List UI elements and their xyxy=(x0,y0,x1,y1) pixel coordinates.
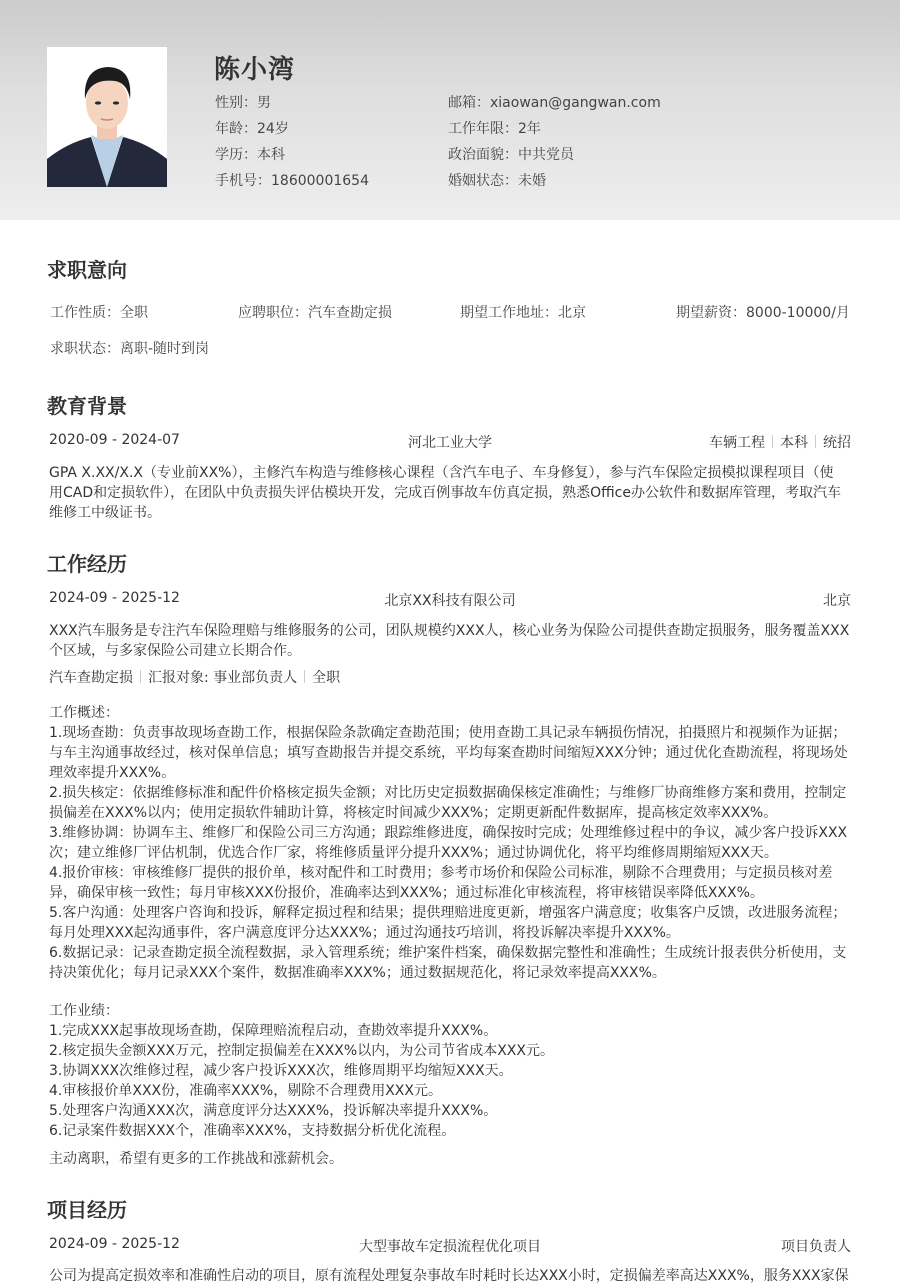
info-email: 邮箱：xiaowan@gangwan.com xyxy=(448,92,661,118)
intent-value: 离职-随时到岗 xyxy=(120,341,209,357)
intent-salary: 期望薪资：8000-10000/月 xyxy=(676,302,850,322)
education-description: GPA X.XX/X.X（专业前XX%），主修汽车构造与维修核心课程（含汽车电子… xyxy=(49,463,851,523)
intent-job-type: 工作性质：全职 xyxy=(50,302,148,322)
work-company: 北京XX科技有限公司 xyxy=(49,590,851,610)
info-label: 性别： xyxy=(215,95,257,111)
info-label: 学历： xyxy=(215,147,257,163)
text-line: 4.报价审核：审核维修厂提供的报价单，核对配件和工时费用；参考市场价和保险公司标… xyxy=(49,863,851,883)
info-value: 18600001654 xyxy=(271,173,369,189)
text-line: 5.客户沟通：处理客户咨询和投诉，解释定损过程和结果；提供理赔进度更新，增强客户… xyxy=(49,903,851,923)
text-line: 2.损失核定：依据维修标准和配件价格核定损失金额；对比历史定损数据确保核定准确性… xyxy=(49,783,851,803)
info-value: 男 xyxy=(257,95,271,111)
info-value: xiaowan@gangwan.com xyxy=(490,95,661,111)
text-line: 维修工中级证书。 xyxy=(49,503,851,523)
basic-info-left: 性别：男 年龄：24岁 学历：本科 手机号：18600001654 xyxy=(215,92,369,196)
work-location: 北京 xyxy=(823,590,851,610)
work-achievements: 工作业绩： 1.完成XXX起事故现场查勘，保障理赔流程启动，查勘效率提升XXX%… xyxy=(49,1001,851,1141)
info-value: 未婚 xyxy=(518,173,546,189)
intent-position: 应聘职位：汽车查勘定损 xyxy=(238,302,392,322)
text-line: 工作业绩： xyxy=(49,1001,851,1021)
text-line: 1.现场查勘：负责事故现场查勘工作，根据保险条款确定查勘范围；使用查勘工具记录车… xyxy=(49,723,851,743)
work-overview: 工作概述： 1.现场查勘：负责事故现场查勘工作，根据保险条款确定查勘范围；使用查… xyxy=(49,703,851,983)
text-line: XXX汽车服务是专注汽车保险理赔与维修服务的公司，团队规模约XXX人，核心业务为… xyxy=(49,621,851,641)
divider xyxy=(140,670,141,683)
text-line: 工作概述： xyxy=(49,703,851,723)
intent-label: 期望工作地址： xyxy=(460,305,558,321)
work-role-tag: 汽车查勘定损 xyxy=(49,670,133,686)
intent-value: 8000-10000/月 xyxy=(746,305,850,321)
intent-status: 求职状态：离职-随时到岗 xyxy=(50,338,209,358)
profile-photo xyxy=(47,47,167,187)
info-label: 手机号： xyxy=(215,173,271,189)
project-description: 公司为提高定损效率和准确性启动的项目，原有流程处理复杂事故车时耗时长达XXX小时… xyxy=(49,1266,851,1275)
text-line: 4.审核报价单XXX份，准确率XXX%，剔除不合理费用XXX元。 xyxy=(49,1081,851,1101)
info-label: 婚姻状态： xyxy=(448,173,518,189)
info-age: 年龄：24岁 xyxy=(215,118,369,144)
text-line: 用CAD和定损软件），在团队中负责损失评估模块开发，完成百例事故车仿真定损，熟悉… xyxy=(49,483,851,503)
text-line: 理效率提升XXX%。 xyxy=(49,763,851,783)
info-marital-status: 婚姻状态：未婚 xyxy=(448,170,661,196)
project-name: 大型事故车定损流程优化项目 xyxy=(49,1236,851,1256)
text-line: 异，确保审核一致性；每月审核XXX份报价，准确率达到XXX%；通过标准化审核流程… xyxy=(49,883,851,903)
basic-info-right: 邮箱：xiaowan@gangwan.com 工作年限：2年 政治面貌：中共党员… xyxy=(448,92,661,196)
divider xyxy=(815,435,816,448)
intent-label: 求职状态： xyxy=(50,341,120,357)
intent-label: 期望薪资： xyxy=(676,305,746,321)
education-enrollment-type: 统招 xyxy=(823,435,851,451)
info-value: 24岁 xyxy=(257,121,289,137)
intent-label: 工作性质： xyxy=(50,305,120,321)
text-line: 损偏差在XXX%以内；使用定损软件辅助计算，将核定时间减少XXX%；定期更新配件… xyxy=(49,803,851,823)
candidate-name: 陈小湾 xyxy=(214,49,295,86)
education-major: 车辆工程 xyxy=(709,435,765,451)
info-value: 中共党员 xyxy=(518,147,574,163)
divider xyxy=(304,670,305,683)
info-political-status: 政治面貌：中共党员 xyxy=(448,144,661,170)
text-line: 3.协调XXX次维修过程，减少客户投诉XXX次，维修周期平均缩短XXX天。 xyxy=(49,1061,851,1081)
resume-header: 陈小湾 性别：男 年龄：24岁 学历：本科 手机号：18600001654 邮箱… xyxy=(0,0,900,220)
section-title-work: 工作经历 xyxy=(47,548,127,577)
company-intro: XXX汽车服务是专注汽车保险理赔与维修服务的公司，团队规模约XXX人，核心业务为… xyxy=(49,621,851,661)
text-line: 公司为提高定损效率和准确性启动的项目，原有流程处理复杂事故车时耗时长达XXX小时… xyxy=(49,1266,851,1275)
intent-value: 北京 xyxy=(558,305,586,321)
project-meta: 2024-09 - 2025-12 大型事故车定损流程优化项目 项目负责人 xyxy=(49,1236,851,1258)
info-degree: 学历：本科 xyxy=(215,144,369,170)
text-line: 持决策优化；每月记录XXX个案件，数据准确率XXX%；通过数据规范化，将记录效率… xyxy=(49,963,851,983)
info-label: 年龄： xyxy=(215,121,257,137)
info-value: 本科 xyxy=(257,147,285,163)
education-meta: 2020-09 - 2024-07 河北工业大学 车辆工程本科统招 xyxy=(49,432,851,454)
project-role: 项目负责人 xyxy=(781,1236,851,1256)
text-line: 3.维修协调：协调车主、维修厂和保险公司三方沟通；跟踪维修进度，确保按时完成；处… xyxy=(49,823,851,843)
intent-location: 期望工作地址：北京 xyxy=(460,302,586,322)
text-line: 6.记录案件数据XXX个，准确率XXX%，支持数据分析优化流程。 xyxy=(49,1121,851,1141)
info-phone: 手机号：18600001654 xyxy=(215,170,369,196)
portrait-image-icon xyxy=(47,47,167,187)
info-value: 2年 xyxy=(518,121,541,137)
work-report-to-tag: 汇报对象: 事业部负责人 xyxy=(148,670,297,686)
work-meta: 2024-09 - 2025-12 北京XX科技有限公司 北京 xyxy=(49,590,851,612)
leave-reason: 主动离职，希望有更多的工作挑战和涨薪机会。 xyxy=(49,1149,851,1169)
intent-value: 全职 xyxy=(120,305,148,321)
text-line: 与车主沟通事故经过，核对保单信息；填写查勘报告并提交系统，平均每案查勘时间缩短X… xyxy=(49,743,851,763)
section-title-job-intent: 求职意向 xyxy=(47,254,127,283)
section-title-education: 教育背景 xyxy=(47,390,127,419)
education-tags: 车辆工程本科统招 xyxy=(709,432,851,452)
text-line: 个区域，与多家保险公司建立长期合作。 xyxy=(49,641,851,661)
text-line: 每月处理XXX起沟通事件，客户满意度评分达XXX%；通过沟通技巧培训，将投诉解决… xyxy=(49,923,851,943)
info-work-years: 工作年限：2年 xyxy=(448,118,661,144)
education-degree: 本科 xyxy=(780,435,808,451)
work-type-tag: 全职 xyxy=(312,670,340,686)
divider xyxy=(772,435,773,448)
info-label: 工作年限： xyxy=(448,121,518,137)
text-line: 2.核定损失金额XXX万元，控制定损偏差在XXX%以内，为公司节省成本XXX元。 xyxy=(49,1041,851,1061)
info-label: 政治面貌： xyxy=(448,147,518,163)
intent-label: 应聘职位： xyxy=(238,305,308,321)
text-line: 次；建立维修厂评估机制，优选合作厂家，将维修质量评分提升XXX%；通过协调优化，… xyxy=(49,843,851,863)
work-tags: 汽车查勘定损汇报对象: 事业部负责人全职 xyxy=(49,668,851,688)
section-title-project: 项目经历 xyxy=(47,1194,127,1223)
intent-value: 汽车查勘定损 xyxy=(308,305,392,321)
text-line: 5.处理客户沟通XXX次，满意度评分达XXX%，投诉解决率提升XXX%。 xyxy=(49,1101,851,1121)
info-label: 邮箱： xyxy=(448,95,490,111)
text-line: 6.数据记录：记录查勘定损全流程数据，录入管理系统；维护案件档案，确保数据完整性… xyxy=(49,943,851,963)
text-line: 1.完成XXX起事故现场查勘，保障理赔流程启动，查勘效率提升XXX%。 xyxy=(49,1021,851,1041)
info-gender: 性别：男 xyxy=(215,92,369,118)
text-line: GPA X.XX/X.X（专业前XX%），主修汽车构造与维修核心课程（含汽车电子… xyxy=(49,463,851,483)
